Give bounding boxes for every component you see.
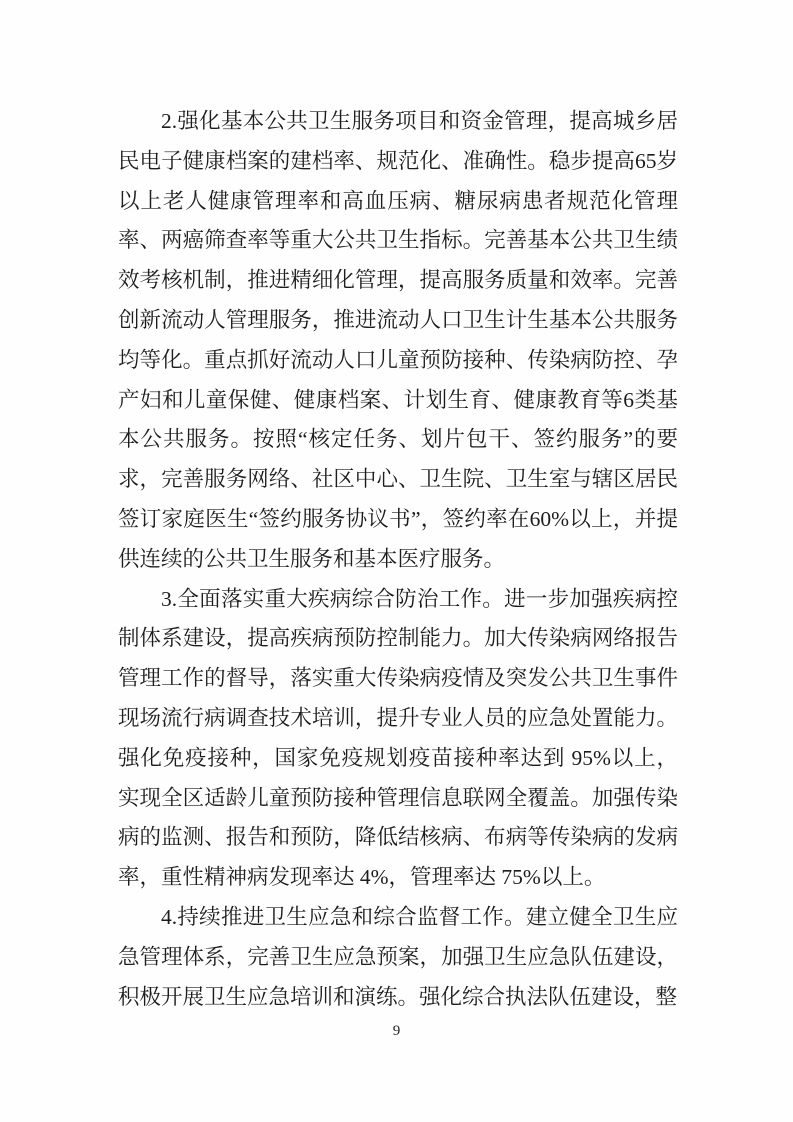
paragraph: 2.强化基本公共卫生服务项目和资金管理，提高城乡居民电子健康档案的建档率、规范化…	[118, 102, 678, 580]
paragraph: 4.持续推进卫生应急和综合监督工作。建立健全卫生应急管理体系，完善卫生应急预案，…	[118, 898, 678, 1017]
page-number: 9	[0, 1022, 793, 1040]
document-body: 2.强化基本公共卫生服务项目和资金管理，提高城乡居民电子健康档案的建档率、规范化…	[118, 102, 678, 1017]
paragraph: 3.全面落实重大疾病综合防治工作。进一步加强疾病控制体系建设，提高疾病预防控制能…	[118, 580, 678, 898]
document-page: 2.强化基本公共卫生服务项目和资金管理，提高城乡居民电子健康档案的建档率、规范化…	[0, 0, 793, 1122]
